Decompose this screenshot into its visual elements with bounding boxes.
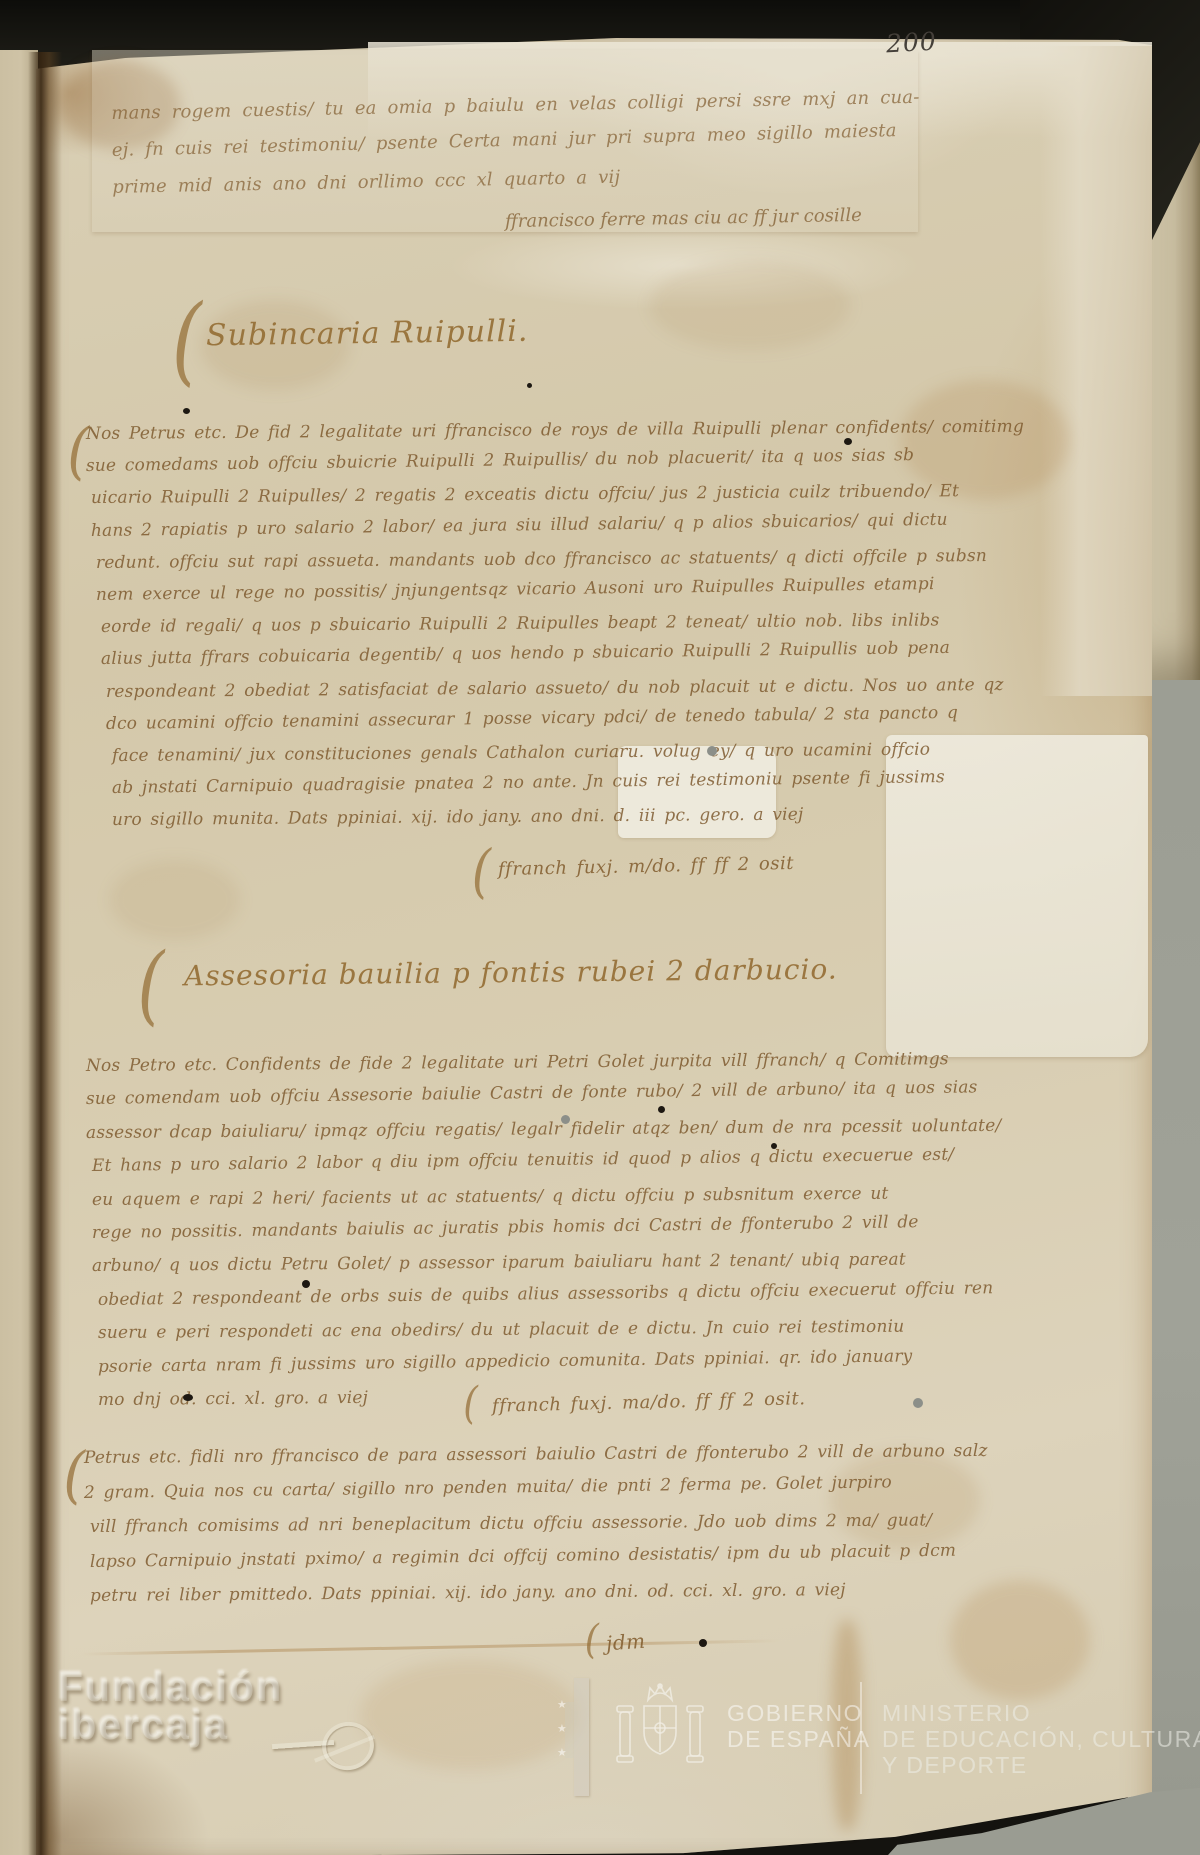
spain-coat-of-arms-icon [608, 1682, 712, 1782]
heading-flourish: ( [172, 292, 202, 388]
ink-spot [771, 1143, 777, 1149]
book-gutter-shadow [28, 52, 62, 1855]
doc3-body: Petrus etc. fidli nro ffrancisco de para… [84, 1448, 988, 1621]
grommet-dot [913, 1398, 923, 1408]
grommet-dot [561, 1115, 570, 1124]
idem-note: jdm [605, 1629, 646, 1656]
signature-flourish: ( [463, 1382, 478, 1426]
watermark-divider [860, 1682, 862, 1794]
gov-flag-bar-icon [574, 1678, 589, 1796]
archival-scan-photo: { "page_number": "200", "colors": {"parc… [0, 0, 1200, 1855]
heading-flourish: ( [137, 942, 164, 1028]
ink-spot [699, 1639, 707, 1647]
doc2-body: Nos Petro etc. Confidents de fide 2 lega… [86, 1056, 1001, 1423]
doc1-heading: Subincaria Ruipulli. [206, 314, 529, 353]
grommet-dot [707, 746, 717, 756]
ink-spot [183, 1394, 193, 1401]
ink-spot [844, 438, 852, 445]
doc1-body: Nos Petrus etc. De fid 2 legalitate uri … [86, 424, 1024, 842]
ink-spot [302, 1280, 310, 1288]
folio-number: 200 [885, 27, 937, 59]
fragment-paragraph: mans rogem cuestis/ tu ea omia p baiulu … [111, 93, 921, 214]
manuscript-line: petru rei liber pmittedo. Dats ppiniai. … [90, 1579, 988, 1621]
signature-flourish: ( [472, 842, 491, 900]
manuscript-line: uro sigillo munita. Dats ppiniai. xij. i… [112, 803, 1024, 842]
doc2-heading: Assesoria bauilia p fontis rubei 2 darbu… [184, 953, 838, 993]
ink-spot [183, 408, 190, 414]
ink-spot [658, 1106, 665, 1113]
ink-spot [527, 383, 532, 388]
paragraph-flourish: ( [63, 1444, 85, 1506]
closing-flourish: ( [585, 1620, 599, 1660]
